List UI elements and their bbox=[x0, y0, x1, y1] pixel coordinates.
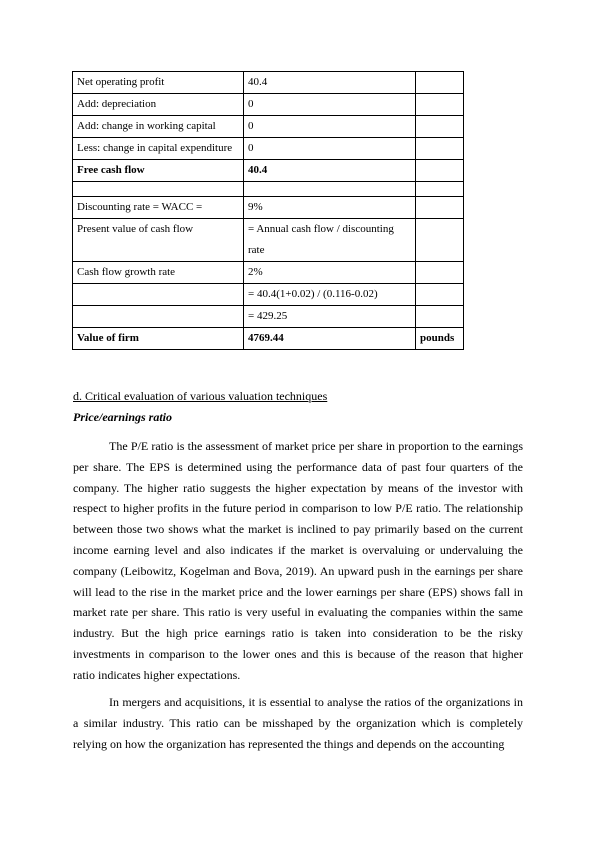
table-row: Present value of cash flow = Annual cash… bbox=[73, 219, 464, 262]
row-value: 9% bbox=[244, 197, 416, 219]
paragraph: The P/E ratio is the assessment of marke… bbox=[73, 436, 523, 686]
row-value: 40.4 bbox=[244, 160, 416, 182]
row-value: 0 bbox=[244, 94, 416, 116]
row-label: Net operating profit bbox=[73, 72, 244, 94]
row-label bbox=[73, 284, 244, 306]
row-unit bbox=[416, 306, 464, 328]
row-unit bbox=[416, 94, 464, 116]
table-row bbox=[73, 182, 464, 197]
row-unit bbox=[416, 116, 464, 138]
row-value: 0 bbox=[244, 116, 416, 138]
row-value bbox=[244, 182, 416, 197]
row-label: Add: depreciation bbox=[73, 94, 244, 116]
row-unit bbox=[416, 72, 464, 94]
paragraph: In mergers and acquisitions, it is essen… bbox=[73, 692, 523, 754]
row-unit bbox=[416, 138, 464, 160]
row-value: = Annual cash flow / discounting rate bbox=[244, 219, 416, 262]
table-row: Add: depreciation0 bbox=[73, 94, 464, 116]
row-value: 2% bbox=[244, 262, 416, 284]
document-page: Net operating profit40.4Add: depreciatio… bbox=[0, 0, 596, 842]
table-row: Value of firm4769.44pounds bbox=[73, 328, 464, 350]
table-row: = 40.4(1+0.02) / (0.116-0.02) bbox=[73, 284, 464, 306]
row-label: Free cash flow bbox=[73, 160, 244, 182]
row-value: = 429.25 bbox=[244, 306, 416, 328]
row-unit bbox=[416, 284, 464, 306]
row-label bbox=[73, 182, 244, 197]
row-label: Less: change in capital expenditure bbox=[73, 138, 244, 160]
row-label bbox=[73, 306, 244, 328]
row-value: 0 bbox=[244, 138, 416, 160]
row-unit bbox=[416, 262, 464, 284]
row-unit bbox=[416, 219, 464, 262]
row-value: = 40.4(1+0.02) / (0.116-0.02) bbox=[244, 284, 416, 306]
section-subheading: Price/earnings ratio bbox=[73, 410, 172, 425]
table-row: = 429.25 bbox=[73, 306, 464, 328]
row-label: Value of firm bbox=[73, 328, 244, 350]
row-label: Discounting rate = WACC = bbox=[73, 197, 244, 219]
row-label: Cash flow growth rate bbox=[73, 262, 244, 284]
table-row: Less: change in capital expenditure0 bbox=[73, 138, 464, 160]
row-unit bbox=[416, 197, 464, 219]
table-row: Net operating profit40.4 bbox=[73, 72, 464, 94]
table-row: Discounting rate = WACC =9% bbox=[73, 197, 464, 219]
row-unit bbox=[416, 160, 464, 182]
row-value: 40.4 bbox=[244, 72, 416, 94]
row-unit bbox=[416, 182, 464, 197]
section-heading: d. Critical evaluation of various valuat… bbox=[73, 389, 327, 404]
row-label: Add: change in working capital bbox=[73, 116, 244, 138]
table-row: Add: change in working capital0 bbox=[73, 116, 464, 138]
table-row: Cash flow growth rate2% bbox=[73, 262, 464, 284]
table-row: Free cash flow40.4 bbox=[73, 160, 464, 182]
row-label: Present value of cash flow bbox=[73, 219, 244, 262]
free-cash-flow-table: Net operating profit40.4Add: depreciatio… bbox=[72, 71, 464, 350]
row-value: 4769.44 bbox=[244, 328, 416, 350]
row-unit: pounds bbox=[416, 328, 464, 350]
